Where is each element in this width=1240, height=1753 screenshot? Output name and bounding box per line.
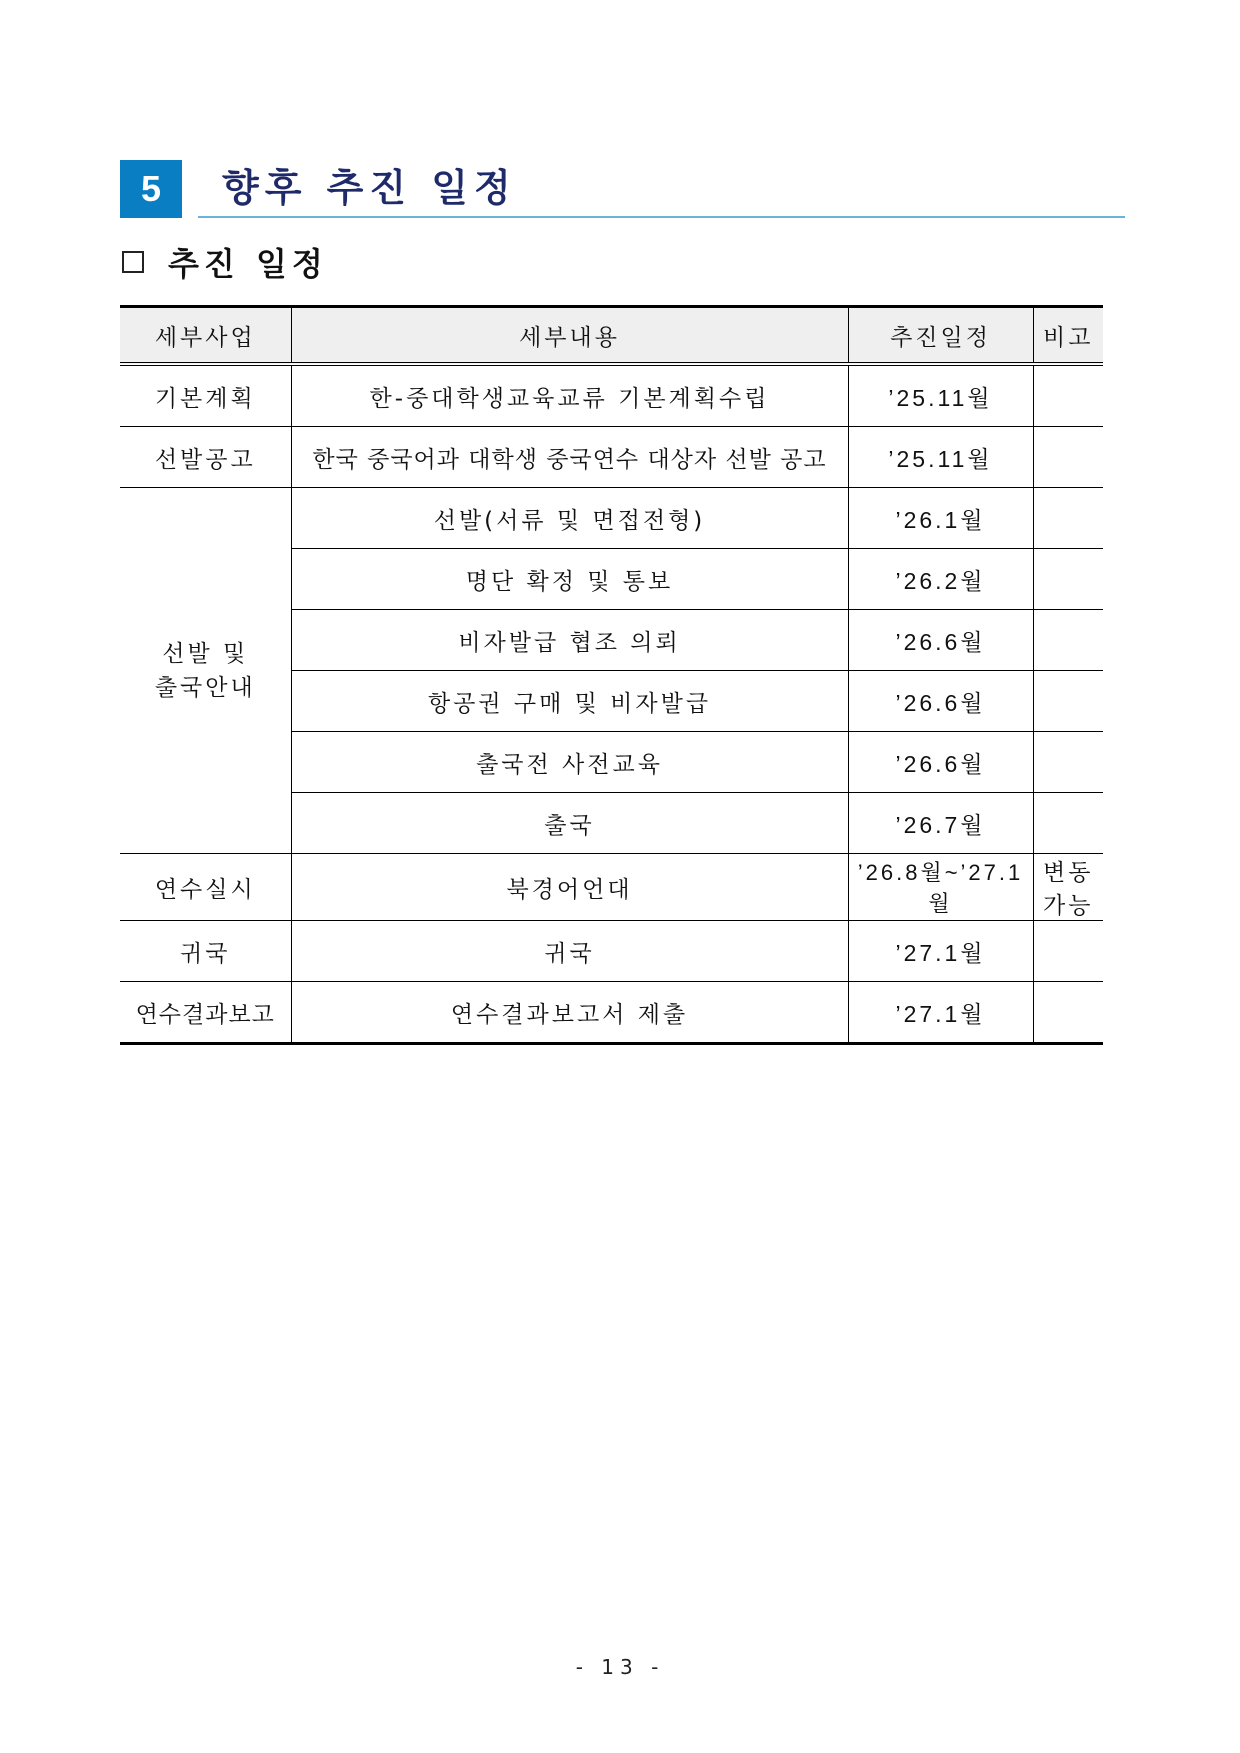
header-detail: 세부내용 [291, 307, 848, 365]
table-row: 연수실시 북경어언대 ’26.8월~’27.1월 변동가능 [120, 854, 1103, 921]
cell-schedule: ’27.1월 [848, 921, 1033, 982]
cell-note [1033, 793, 1103, 854]
cell-schedule: ’26.7월 [848, 793, 1033, 854]
cell-detail: 출국전 사전교육 [291, 732, 848, 793]
table-row: 선발공고 한국 중국어과 대학생 중국연수 대상자 선발 공고 ’25.11월 [120, 427, 1103, 488]
square-bullet-icon [122, 251, 144, 273]
table-row: 귀국 귀국 ’27.1월 [120, 921, 1103, 982]
cell-detail: 출국 [291, 793, 848, 854]
header-schedule: 추진일정 [848, 307, 1033, 365]
header-project: 세부사업 [120, 307, 291, 365]
schedule-table: 세부사업 세부내용 추진일정 비고 기본계획 한-중대학생교육교류 기본계획수립… [120, 305, 1103, 1045]
cell-detail: 귀국 [291, 921, 848, 982]
cell-project: 연수실시 [120, 854, 291, 921]
cell-note [1033, 488, 1103, 549]
page-number: - 13 - [0, 1655, 1240, 1679]
cell-note [1033, 427, 1103, 488]
cell-detail: 한-중대학생교육교류 기본계획수립 [291, 364, 848, 427]
section-header: 5 향후 추진 일정 [120, 160, 1125, 218]
table-header-row: 세부사업 세부내용 추진일정 비고 [120, 307, 1103, 365]
cell-detail: 한국 중국어과 대학생 중국연수 대상자 선발 공고 [291, 427, 848, 488]
subsection-title: 추진 일정 [168, 239, 328, 285]
table-row: 연수결과보고 연수결과보고서 제출 ’27.1월 [120, 982, 1103, 1044]
subsection-heading: 추진 일정 [122, 238, 328, 286]
cell-project-group: 선발 및 출국안내 [120, 488, 291, 854]
cell-note [1033, 921, 1103, 982]
cell-project-line: 선발 및 [120, 637, 291, 671]
cell-schedule: ’27.1월 [848, 982, 1033, 1044]
cell-schedule: ’26.6월 [848, 732, 1033, 793]
cell-schedule: ’25.11월 [848, 427, 1033, 488]
cell-project: 기본계획 [120, 364, 291, 427]
cell-schedule: ’26.2월 [848, 549, 1033, 610]
cell-note [1033, 364, 1103, 427]
cell-schedule: ’26.8월~’27.1월 [848, 854, 1033, 921]
cell-detail: 항공권 구매 및 비자발급 [291, 671, 848, 732]
cell-note [1033, 549, 1103, 610]
cell-schedule: ’25.11월 [848, 364, 1033, 427]
cell-detail: 선발(서류 및 면접전형) [291, 488, 848, 549]
cell-detail: 명단 확정 및 통보 [291, 549, 848, 610]
cell-note [1033, 610, 1103, 671]
table-row: 선발 및 출국안내 선발(서류 및 면접전형) ’26.1월 [120, 488, 1103, 549]
cell-note [1033, 671, 1103, 732]
table-row: 기본계획 한-중대학생교육교류 기본계획수립 ’25.11월 [120, 364, 1103, 427]
cell-schedule: ’26.6월 [848, 610, 1033, 671]
cell-detail: 북경어언대 [291, 854, 848, 921]
cell-project: 연수결과보고 [120, 982, 291, 1044]
cell-detail: 연수결과보고서 제출 [291, 982, 848, 1044]
header-note: 비고 [1033, 307, 1103, 365]
section-underline [198, 216, 1125, 218]
cell-project-line: 출국안내 [120, 671, 291, 705]
cell-schedule: ’26.6월 [848, 671, 1033, 732]
section-number-badge: 5 [120, 160, 182, 218]
cell-note [1033, 732, 1103, 793]
cell-project: 선발공고 [120, 427, 291, 488]
cell-schedule: ’26.1월 [848, 488, 1033, 549]
cell-note [1033, 982, 1103, 1044]
cell-note: 변동가능 [1033, 854, 1103, 921]
cell-detail: 비자발급 협조 의뢰 [291, 610, 848, 671]
cell-project: 귀국 [120, 921, 291, 982]
section-title: 향후 추진 일정 [222, 164, 517, 212]
